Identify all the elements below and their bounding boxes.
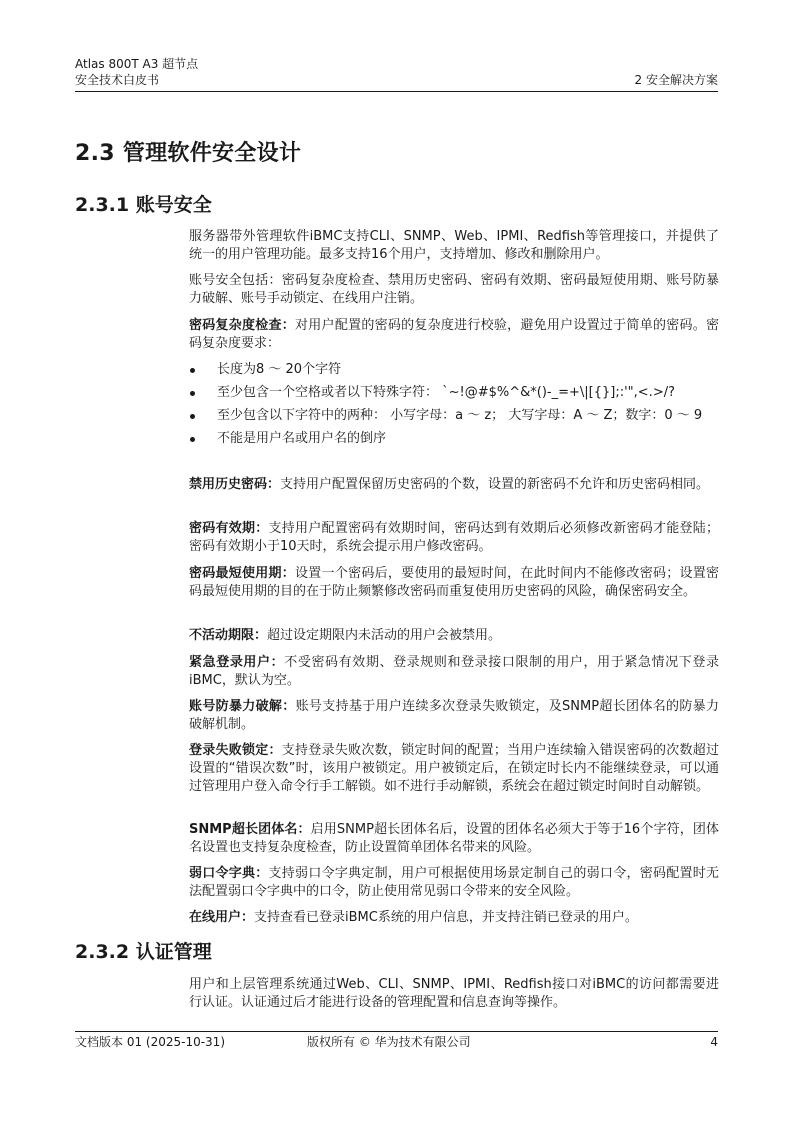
page-footer: 文档版本 01 (2025-10-31) 版权所有 © 华为技术有限公司 4 — [75, 1031, 718, 1034]
document-version: 文档版本 01 (2025-10-31) — [75, 1034, 225, 1050]
list-item: 不能是用户名或用户名的倒序 — [189, 430, 719, 448]
term-label: 密码最短使用期： — [189, 566, 295, 581]
term-label: 登录失败锁定： — [189, 743, 282, 758]
term-label: 账号防暴力破解： — [189, 699, 296, 714]
complexity-requirements: 长度为8 ～ 20个字符 至少包含一个空格或者以下特殊字符： `~!@#$%^&… — [189, 361, 719, 448]
term-label: 禁用历史密码： — [189, 477, 280, 492]
subsection-title-authentication: 2.3.2 认证管理 — [75, 939, 212, 965]
bullet-icon — [190, 414, 195, 419]
item-weak-password-dictionary: 弱口令字典：支持弱口令字典定制，用户可根据使用场景定制自己的弱口令，密码配置时无… — [189, 865, 719, 901]
section-title: 2.3 管理软件安全设计 — [75, 139, 301, 169]
item-password-validity: 密码有效期：支持用户配置密码有效期时间，密码达到有效期后必须修改新密码才能登陆；… — [189, 520, 719, 556]
document-title: 安全技术白皮书 — [75, 73, 159, 88]
page-number: 4 — [710, 1034, 718, 1050]
term-description: 支持弱口令字典定制，用户可根据使用场景定制自己的弱口令，密码配置时无法配置弱口令… — [189, 866, 719, 899]
intro-paragraph: 用户和上层管理系统通过Web、CLI、SNMP、IPMI、Redfish接口对i… — [189, 976, 719, 1012]
page-header: Atlas 800T A3 超节点 安全技术白皮书 2 安全解决方案 — [75, 57, 718, 92]
term-description: 支持用户配置密码有效期时间，密码达到有效期后必须修改新密码才能登陆；密码有效期小… — [189, 521, 719, 554]
item-min-password-age: 密码最短使用期：设置一个密码后，要使用的最短时间，在此时间内不能修改密码；设置密… — [189, 565, 719, 601]
product-name: Atlas 800T A3 超节点 — [75, 57, 198, 72]
item-login-lockout: 登录失败锁定：支持登录失败次数，锁定时间的配置；当用户连续输入错误密码的次数超过… — [189, 742, 719, 796]
list-item: 长度为8 ～ 20个字符 — [189, 361, 719, 379]
bullet-icon — [190, 368, 195, 373]
requirements-list: 长度为8 ～ 20个字符 至少包含一个空格或者以下特殊字符： `~!@#$%^&… — [189, 361, 719, 448]
chapter-label: 2 安全解决方案 — [635, 73, 718, 88]
list-item: 至少包含一个空格或者以下特殊字符： `~!@#$%^&*()-_=+\|[{}]… — [189, 384, 719, 402]
term-label: 密码有效期： — [189, 521, 269, 536]
item-online-users: 在线用户：支持查看已登录iBMC系统的用户信息，并支持注销已登录的用户。 — [189, 909, 719, 927]
item-history-password: 禁用历史密码：支持用户配置保留历史密码的个数，设置的新密码不允许和历史密码相同。 — [189, 476, 719, 494]
scope-paragraph: 账号安全包括：密码复杂度检查、禁用历史密码、密码有效期、密码最短使用期、账号防暴… — [189, 272, 719, 308]
term-label: SNMP超长团体名： — [189, 822, 311, 837]
term-label: 紧急登录用户： — [189, 655, 284, 670]
intro-paragraph: 服务器带外管理软件iBMC支持CLI、SNMP、Web、IPMI、Redfish… — [189, 228, 719, 264]
list-item: 至少包含以下字符中的两种： 小写字母：a ～ z； 大写字母：A ～ Z；数字：… — [189, 407, 719, 425]
bullet-icon — [190, 391, 195, 396]
bullet-icon — [190, 437, 195, 442]
copyright-notice: 版权所有 © 华为技术有限公司 — [307, 1034, 471, 1050]
term-description: 支持查看已登录iBMC系统的用户信息，并支持注销已登录的用户。 — [254, 910, 638, 925]
account-security-body: 服务器带外管理软件iBMC支持CLI、SNMP、Web、IPMI、Redfish… — [189, 228, 719, 264]
item-snmp-community: SNMP超长团体名：启用SNMP超长团体名后，设置的团体名必须大于等于16个字符… — [189, 821, 719, 857]
authentication-body: 用户和上层管理系统通过Web、CLI、SNMP、IPMI、Redfish接口对i… — [189, 976, 719, 1012]
item-anti-brute-force: 账号防暴力破解：账号支持基于用户连续多次登录失败锁定，及SNMP超长团体名的防暴… — [189, 698, 719, 734]
term-label: 密码复杂度检查： — [189, 318, 295, 333]
complexity-paragraph: 密码复杂度检查：对用户配置的密码的复杂度进行校验，避免用户设置过于简单的密码。密… — [189, 317, 719, 353]
complexity-block: 密码复杂度检查：对用户配置的密码的复杂度进行校验，避免用户设置过于简单的密码。密… — [189, 317, 719, 353]
subsection-title-account-security: 2.3.1 账号安全 — [75, 192, 212, 218]
term-description: 支持用户配置保留历史密码的个数，设置的新密码不允许和历史密码相同。 — [280, 477, 709, 492]
term-label: 不活动期限： — [189, 628, 267, 643]
term-label: 在线用户： — [189, 910, 254, 925]
term-description: 超过设定期限内未活动的用户会被禁用。 — [267, 628, 501, 643]
item-emergency-user: 紧急登录用户：不受密码有效期、登录规则和登录接口限制的用户，用于紧急情况下登录i… — [189, 654, 719, 690]
account-security-scope: 账号安全包括：密码复杂度检查、禁用历史密码、密码有效期、密码最短使用期、账号防暴… — [189, 272, 719, 308]
term-label: 弱口令字典： — [189, 866, 269, 881]
item-inactivity-limit: 不活动期限：超过设定期限内未活动的用户会被禁用。 — [189, 627, 719, 645]
